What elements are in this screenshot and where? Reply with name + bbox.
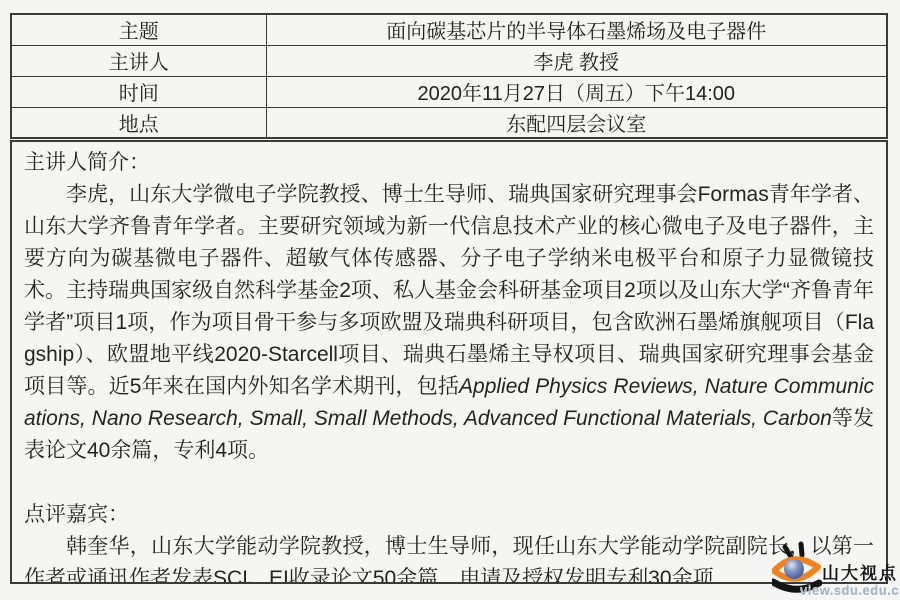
- table-row: 地点 东配四层会议室: [11, 107, 887, 138]
- bio-heading: 主讲人简介：: [24, 147, 874, 179]
- bio-text-lead: 李虎，山东大学微电子学院教授、博士生导师、瑞典国家研究理事会Formas青年学者…: [24, 183, 874, 398]
- guest-heading: 点评嘉宾：: [24, 499, 874, 531]
- row-label-speaker: 主讲人: [11, 45, 266, 76]
- watermark-url: view.sdu.edu.cn: [800, 583, 900, 598]
- row-label-topic: 主题: [11, 14, 266, 45]
- row-value-time: 2020年11月27日（周五）下午14:00: [266, 76, 887, 107]
- row-value-location: 东配四层会议室: [266, 107, 887, 138]
- bio-paragraph: 李虎，山东大学微电子学院教授、博士生导师、瑞典国家研究理事会Formas青年学者…: [24, 179, 874, 467]
- table-row: 时间 2020年11月27日（周五）下午14:00: [11, 76, 887, 107]
- details-box: 主讲人简介： 李虎，山东大学微电子学院教授、博士生导师、瑞典国家研究理事会For…: [10, 140, 888, 584]
- row-value-speaker: 李虎 教授: [266, 45, 887, 76]
- table-row: 主题 面向碳基芯片的半导体石墨烯场及电子器件: [11, 14, 887, 45]
- row-label-location: 地点: [11, 107, 266, 138]
- table-row: 主讲人 李虎 教授: [11, 45, 887, 76]
- seminar-notice-page: 主题 面向碳基芯片的半导体石墨烯场及电子器件 主讲人 李虎 教授 时间 2020…: [0, 0, 900, 600]
- row-label-time: 时间: [11, 76, 266, 107]
- guest-paragraph: 韩奎华，山东大学能动学院教授，博士生导师，现任山东大学能动学院副院长，以第一作者…: [24, 531, 874, 584]
- row-value-topic: 面向碳基芯片的半导体石墨烯场及电子器件: [266, 14, 887, 45]
- seminar-info-table: 主题 面向碳基芯片的半导体石墨烯场及电子器件 主讲人 李虎 教授 时间 2020…: [10, 13, 888, 139]
